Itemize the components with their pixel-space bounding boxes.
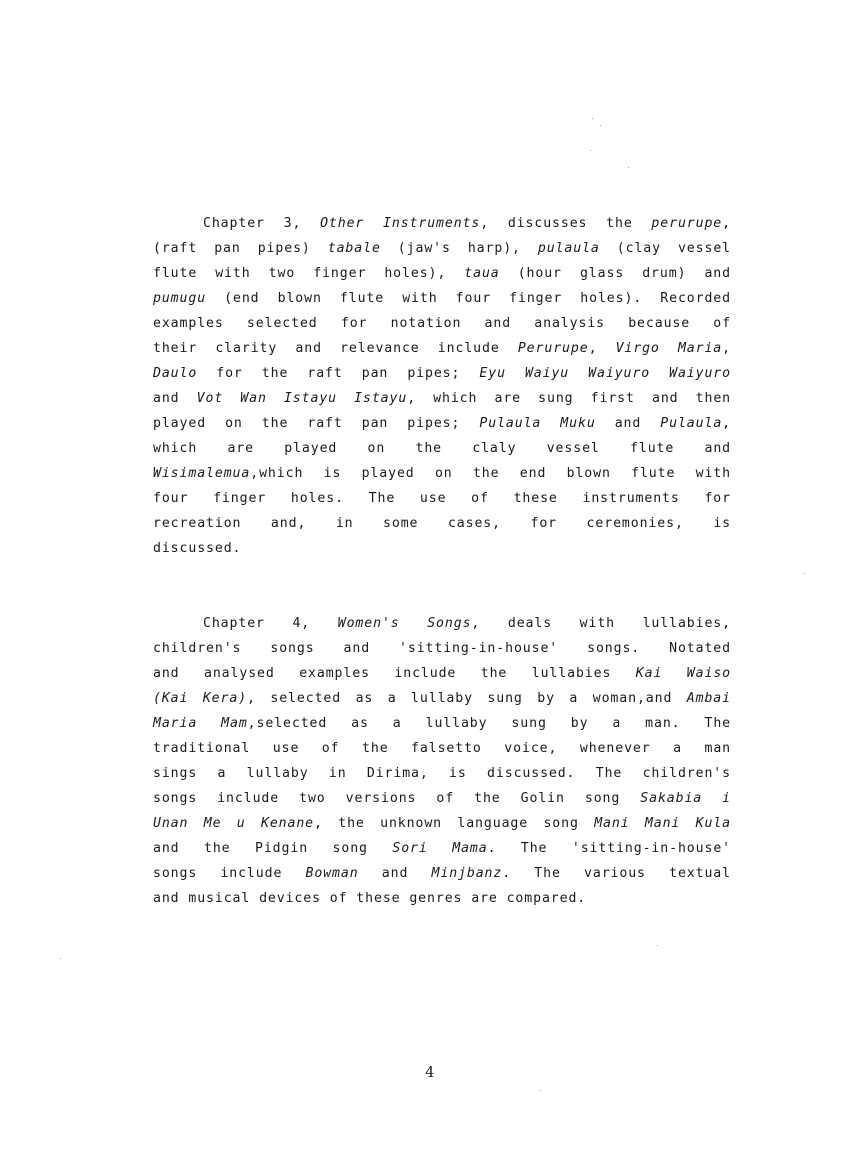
text-line: songs include Bowman and Minjbanz. The v… [153,861,731,886]
italic-term: Ambai [687,691,731,706]
italic-term: Mani Mani Kula [594,816,731,831]
italic-term: Vot Wan Istayu Istayu [197,391,408,406]
text-line: Maria Mam,selected as a lullaby sung by … [153,711,731,736]
italic-term: Other Instruments [320,216,480,231]
italic-term: Bowman [306,866,359,881]
text-run: and the Pidgin song [153,841,392,856]
italic-term: Sakabia i [640,791,731,806]
text-run: sings a lullaby in Dirima, is discussed.… [153,766,731,781]
document-page: Chapter 3, Other Instruments, discusses … [0,0,850,1169]
text-run: their clarity and relevance include [153,341,518,356]
scan-speck [804,573,805,574]
text-run: , [722,416,731,431]
text-line: and musical devices of these genres are … [153,886,731,911]
text-run: , [722,341,731,356]
scan-speck [657,945,658,946]
text-line: children's songs and 'sitting-in-house' … [153,636,731,661]
italic-term: Unan Me u Kenane [153,816,314,831]
text-run: ,selected as a lullaby sung by a man. Th… [248,716,731,731]
text-line: examples selected for notation and analy… [153,311,731,336]
text-run: and musical devices of these genres are … [153,891,586,906]
text-line: and analysed examples include the lullab… [153,661,731,686]
italic-term: Wisimalemua [153,466,250,481]
text-run: songs include two versions of the Golin … [153,791,640,806]
italic-term: taua [464,266,499,281]
italic-term: Pulaula Muku [479,416,595,431]
italic-term: Sori Mama [392,841,487,856]
text-run: and analysed examples include the lullab… [153,666,636,681]
text-line: traditional use of the falsetto voice, w… [153,736,731,761]
text-line: which are played on the claly vessel flu… [153,436,731,461]
text-run: for the raft pan pipes; [197,366,479,381]
scan-speck [60,958,61,959]
text-run: and [596,416,661,431]
scan-speck [590,150,591,151]
italic-term: perurupe [651,216,722,231]
text-run: (hour glass drum) and [500,266,731,281]
paragraph-chapter-4: Chapter 4, Women's Songs, deals with lul… [153,611,731,911]
italic-term: (Kai Kera) [153,691,247,706]
italic-term: Minjbanz [432,866,503,881]
text-run: , selected as a lullaby sung by a woman,… [247,691,687,706]
italic-term: Perurupe [518,341,589,356]
text-run: and [153,391,197,406]
text-run: . The 'sitting-in-house' [488,841,731,856]
text-line: songs include two versions of the Golin … [153,786,731,811]
italic-term: pumugu [153,291,206,306]
italic-term: tabale [328,241,381,256]
text-run: examples selected for notation and analy… [153,316,731,331]
text-line: Chapter 3, Other Instruments, discusses … [153,211,731,236]
text-run: (raft pan pipes) [153,241,328,256]
text-line: (Kai Kera), selected as a lullaby sung b… [153,686,731,711]
text-run: played on the raft pan pipes; [153,416,479,431]
text-line: pumugu (end blown flute with four finger… [153,286,731,311]
text-line: discussed. [153,536,731,561]
text-line: and the Pidgin song Sori Mama. The 'sitt… [153,836,731,861]
text-run: which are played on the claly vessel flu… [153,441,731,456]
text-line: sings a lullaby in Dirima, is discussed.… [153,761,731,786]
scan-speck [592,118,593,119]
italic-term: Kai Waiso [636,666,731,681]
text-run: children's songs and 'sitting-in-house' … [153,641,731,656]
text-run: and [359,866,432,881]
text-line: played on the raft pan pipes; Pulaula Mu… [153,411,731,436]
text-line: Unan Me u Kenane, the unknown language s… [153,811,731,836]
text-run: , [589,341,616,356]
italic-term: Virgo Maria [616,341,723,356]
page-number: 4 [425,1063,435,1081]
text-run: traditional use of the falsetto voice, w… [153,741,731,756]
text-run: , the unknown language song [314,816,594,831]
scan-speck [628,167,629,168]
text-line: flute with two finger holes), taua (hour… [153,261,731,286]
italic-term: Maria Mam [153,716,248,731]
italic-term: Pulaula [660,416,722,431]
italic-term: Women's Songs [338,616,472,631]
text-line: Wisimalemua,which is played on the end b… [153,461,731,486]
text-run: . The various textual [502,866,731,881]
text-run: , which are sung first and then [407,391,731,406]
text-run: , [722,216,731,231]
text-run: (jaw's harp), [381,241,538,256]
italic-term: Daulo [153,366,197,381]
text-run: Chapter 3, [203,216,320,231]
text-run: discussed. [153,541,241,556]
italic-term: pulaula [538,241,600,256]
text-run: flute with two finger holes), [153,266,464,281]
text-run: four finger holes. The use of these inst… [153,491,731,506]
italic-term: Eyu Waiyu Waiyuro Waiyuro [479,366,731,381]
text-line: four finger holes. The use of these inst… [153,486,731,511]
text-line: Chapter 4, Women's Songs, deals with lul… [153,611,731,636]
text-line: and Vot Wan Istayu Istayu, which are sun… [153,386,731,411]
text-line: Daulo for the raft pan pipes; Eyu Waiyu … [153,361,731,386]
text-line: recreation and, in some cases, for cerem… [153,511,731,536]
scan-speck [540,1090,541,1091]
text-run: , deals with lullabies, [471,616,731,631]
text-run: ,which is played on the end blown flute … [250,466,731,481]
text-run: , discusses the [480,216,651,231]
text-line: their clarity and relevance include Peru… [153,336,731,361]
text-run: (end blown flute with four finger holes)… [206,291,731,306]
text-line: (raft pan pipes) tabale (jaw's harp), pu… [153,236,731,261]
text-run: (clay vessel [600,241,731,256]
text-run: songs include [153,866,306,881]
text-run: recreation and, in some cases, for cerem… [153,516,731,531]
paragraph-chapter-3: Chapter 3, Other Instruments, discusses … [153,211,731,561]
text-run: Chapter 4, [203,616,338,631]
scan-speck [600,125,601,126]
